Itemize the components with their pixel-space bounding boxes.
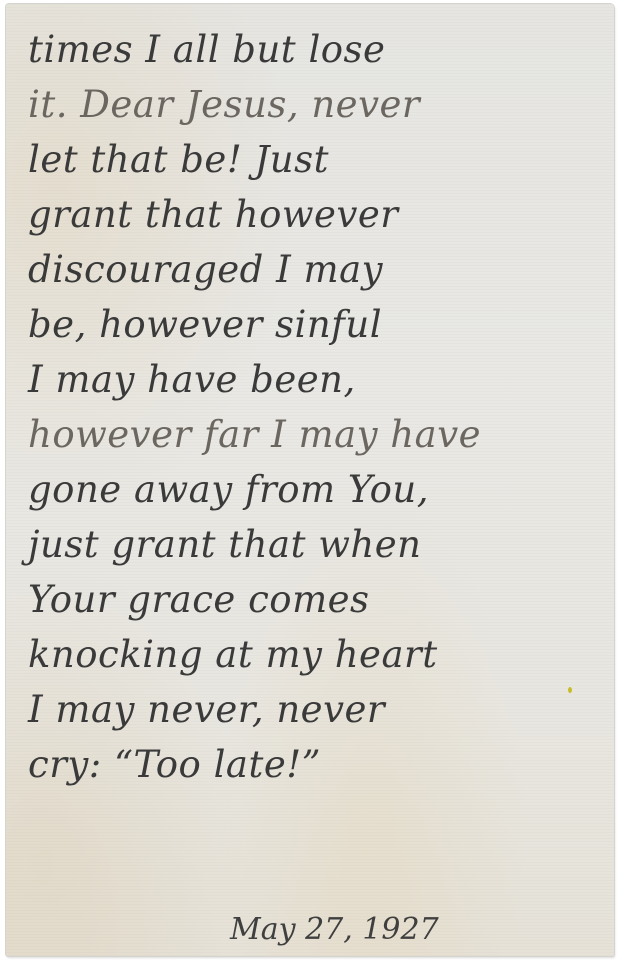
text-line: just grant that when xyxy=(28,517,596,572)
date-signature: May 27, 1927 xyxy=(230,912,439,947)
handwritten-card: times I all but lose it. Dear Jesus, nev… xyxy=(6,4,614,956)
text-line: Your grace comes xyxy=(28,572,596,627)
text-line: gone away from You, xyxy=(28,462,596,517)
text-line: cry: “Too late!” xyxy=(28,737,596,792)
text-line: I may have been, xyxy=(28,352,596,407)
text-line: be, however sinful xyxy=(28,297,596,352)
text-line: however far I may have xyxy=(28,407,596,462)
text-line: grant that however xyxy=(28,187,596,242)
handwritten-text: times I all but lose it. Dear Jesus, nev… xyxy=(28,22,596,792)
text-line: it. Dear Jesus, never xyxy=(28,77,596,132)
ink-speck xyxy=(568,687,572,693)
text-line: discouraged I may xyxy=(28,242,596,297)
text-line: times I all but lose xyxy=(28,22,596,77)
text-line: let that be! Just xyxy=(28,132,596,187)
text-line: I may never, never xyxy=(28,682,596,737)
text-line: knocking at my heart xyxy=(28,627,596,682)
